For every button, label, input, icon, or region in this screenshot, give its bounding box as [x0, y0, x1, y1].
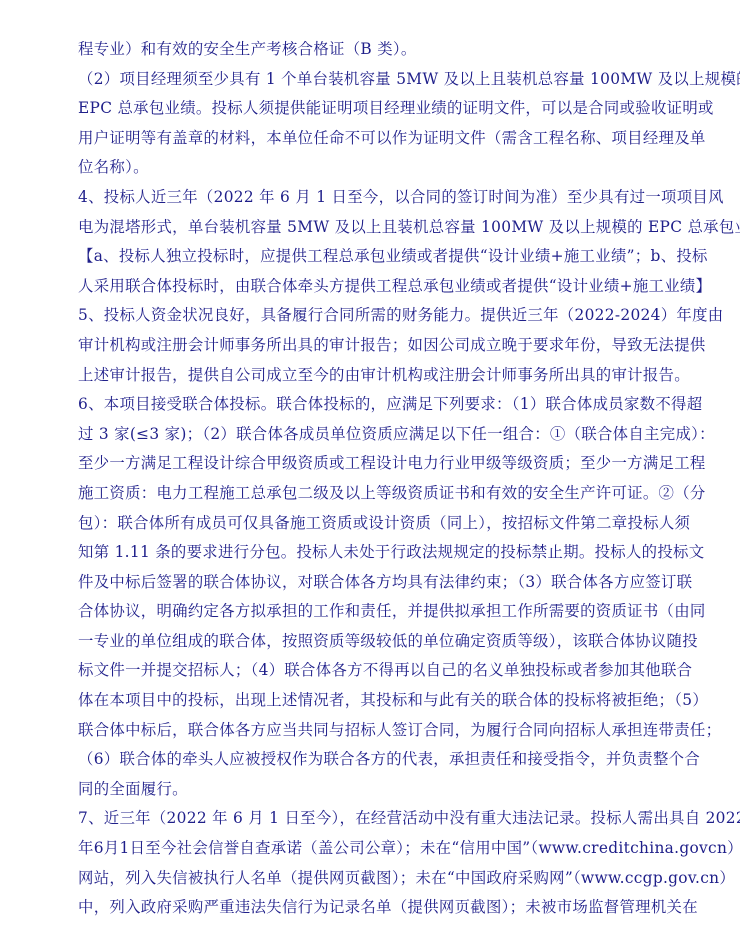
text-line: 知第 1.11 条的要求进行分包。投标人未处于行政法规规定的投标禁止期。投标人的…: [78, 538, 650, 568]
text-line: 中，列入政府采购严重违法失信行为记录名单（提供网页截图）；未被市场监督管理机关在: [78, 893, 650, 923]
text-line: 包）：联合体所有成员可仅具备施工资质或设计资质（同上），按招标文件第二章投标人须: [78, 509, 650, 539]
text-line: 7、近三年（2022 年 6 月 1 日至今），在经营活动中没有重大违法记录。投…: [78, 804, 650, 834]
text-line: 用户证明等有盖章的材料，本单位任命不可以作为证明文件（需含工程名称、项目经理及单: [78, 124, 650, 154]
text-line: 件及中标后签署的联合体协议，对联合体各方均具有法律约束；（3）联合体各方应签订联: [78, 568, 650, 598]
text-line: 人采用联合体投标时，由联合体牵头方提供工程总承包业绩或者提供“设计业绩+施工业绩…: [78, 272, 650, 302]
text-line: 一专业的单位组成的联合体，按照资质等级较低的单位确定资质等级），该联合体协议随投: [78, 627, 650, 657]
text-line: 电为混塔形式，单台装机容量 5MW 及以上且装机总容量 100MW 及以上规模的…: [78, 213, 650, 243]
text-line: 4、投标人近三年（2022 年 6 月 1 日至今，以合同的签订时间为准）至少具…: [78, 183, 650, 213]
text-line: 程专业）和有效的安全生产考核合格证（B 类）。: [78, 35, 650, 65]
text-line: 过 3 家(≤3 家)；（2）联合体各成员单位资质应满足以下任一组合：①（联合体…: [78, 420, 650, 450]
text-line: 审计机构或注册会计师事务所出具的审计报告；如因公司成立晚于要求年份，导致无法提供: [78, 331, 650, 361]
text-line: EPC 总承包业绩。投标人须提供能证明项目经理业绩的证明文件，可以是合同或验收证…: [78, 94, 650, 124]
text-line: 至少一方满足工程设计综合甲级资质或工程设计电力行业甲级等级资质；至少一方满足工程: [78, 449, 650, 479]
text-line: 体在本项目中的投标，出现上述情况者，其投标和与此有关的联合体的投标将被拒绝；（5…: [78, 686, 650, 716]
text-line: 上述审计报告，提供自公司成立至今的由审计机构或注册会计师事务所出具的审计报告。: [78, 361, 650, 391]
text-line: 6、本项目接受联合体投标。联合体投标的，应满足下列要求：（1）联合体成员家数不得…: [78, 390, 650, 420]
text-line: （6）联合体的牵头人应被授权作为联合各方的代表，承担责任和接受指令，并负责整个合: [78, 745, 650, 775]
document-page: 程专业）和有效的安全生产考核合格证（B 类）。（2）项目经理须至少具有 1 个单…: [78, 35, 650, 923]
text-line: （2）项目经理须至少具有 1 个单台装机容量 5MW 及以上且装机总容量 100…: [78, 65, 650, 95]
text-line: 施工资质：电力工程施工总承包二级及以上等级资质证书和有效的安全生产许可证。②（分: [78, 479, 650, 509]
text-line: 联合体中标后，联合体各方应当共同与招标人签订合同，为履行合同向招标人承担连带责任…: [78, 716, 650, 746]
text-line: 位名称）。: [78, 153, 650, 183]
text-line: 标文件一并提交招标人；（4）联合体各方不得再以自己的名义单独投标或者参加其他联合: [78, 656, 650, 686]
text-line: 同的全面履行。: [78, 775, 650, 805]
text-line: 【a、投标人独立投标时，应提供工程总承包业绩或者提供“设计业绩+施工业绩”；b、…: [78, 242, 650, 272]
text-line: 网站，列入失信被执行人名单（提供网页截图）；未在“中国政府采购网”（www.cc…: [78, 864, 650, 894]
text-line: 合体协议，明确约定各方拟承担的工作和责任，并提供拟承担工作所需要的资质证书（由同: [78, 597, 650, 627]
text-line: 年6月1日至今社会信誉自查承诺（盖公司公章）；未在“信用中国”（www.cred…: [78, 834, 650, 864]
text-line: 5、投标人资金状况良好，具备履行合同所需的财务能力。提供近三年（2022-202…: [78, 301, 650, 331]
